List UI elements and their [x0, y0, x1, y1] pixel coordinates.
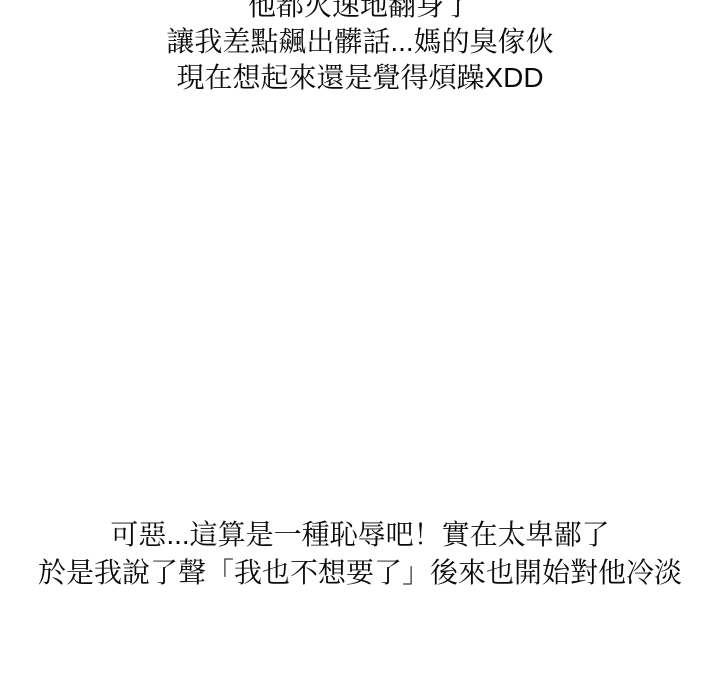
narration-line-bottom-1: 可惡...這算是一種恥辱吧！實在太卑鄙了: [0, 516, 720, 554]
narration-block-bottom: 可惡...這算是一種恥辱吧！實在太卑鄙了 於是我說了聲「我也不想要了」後來也開始…: [0, 516, 720, 592]
narration-line-top-2: 讓我差點飆出髒話...媽的臭傢伙: [0, 24, 720, 60]
narration-line-top-3: 現在想起來還是覺得煩躁XDD: [0, 60, 720, 96]
narration-block-top: 他都火速地翻身了 讓我差點飆出髒話...媽的臭傢伙 現在想起來還是覺得煩躁XDD: [0, 0, 720, 96]
webtoon-page: 他都火速地翻身了 讓我差點飆出髒話...媽的臭傢伙 現在想起來還是覺得煩躁XDD…: [0, 0, 720, 700]
narration-line-top-1: 他都火速地翻身了: [0, 0, 720, 24]
narration-line-bottom-2: 於是我說了聲「我也不想要了」後來也開始對他冷淡: [0, 554, 720, 592]
